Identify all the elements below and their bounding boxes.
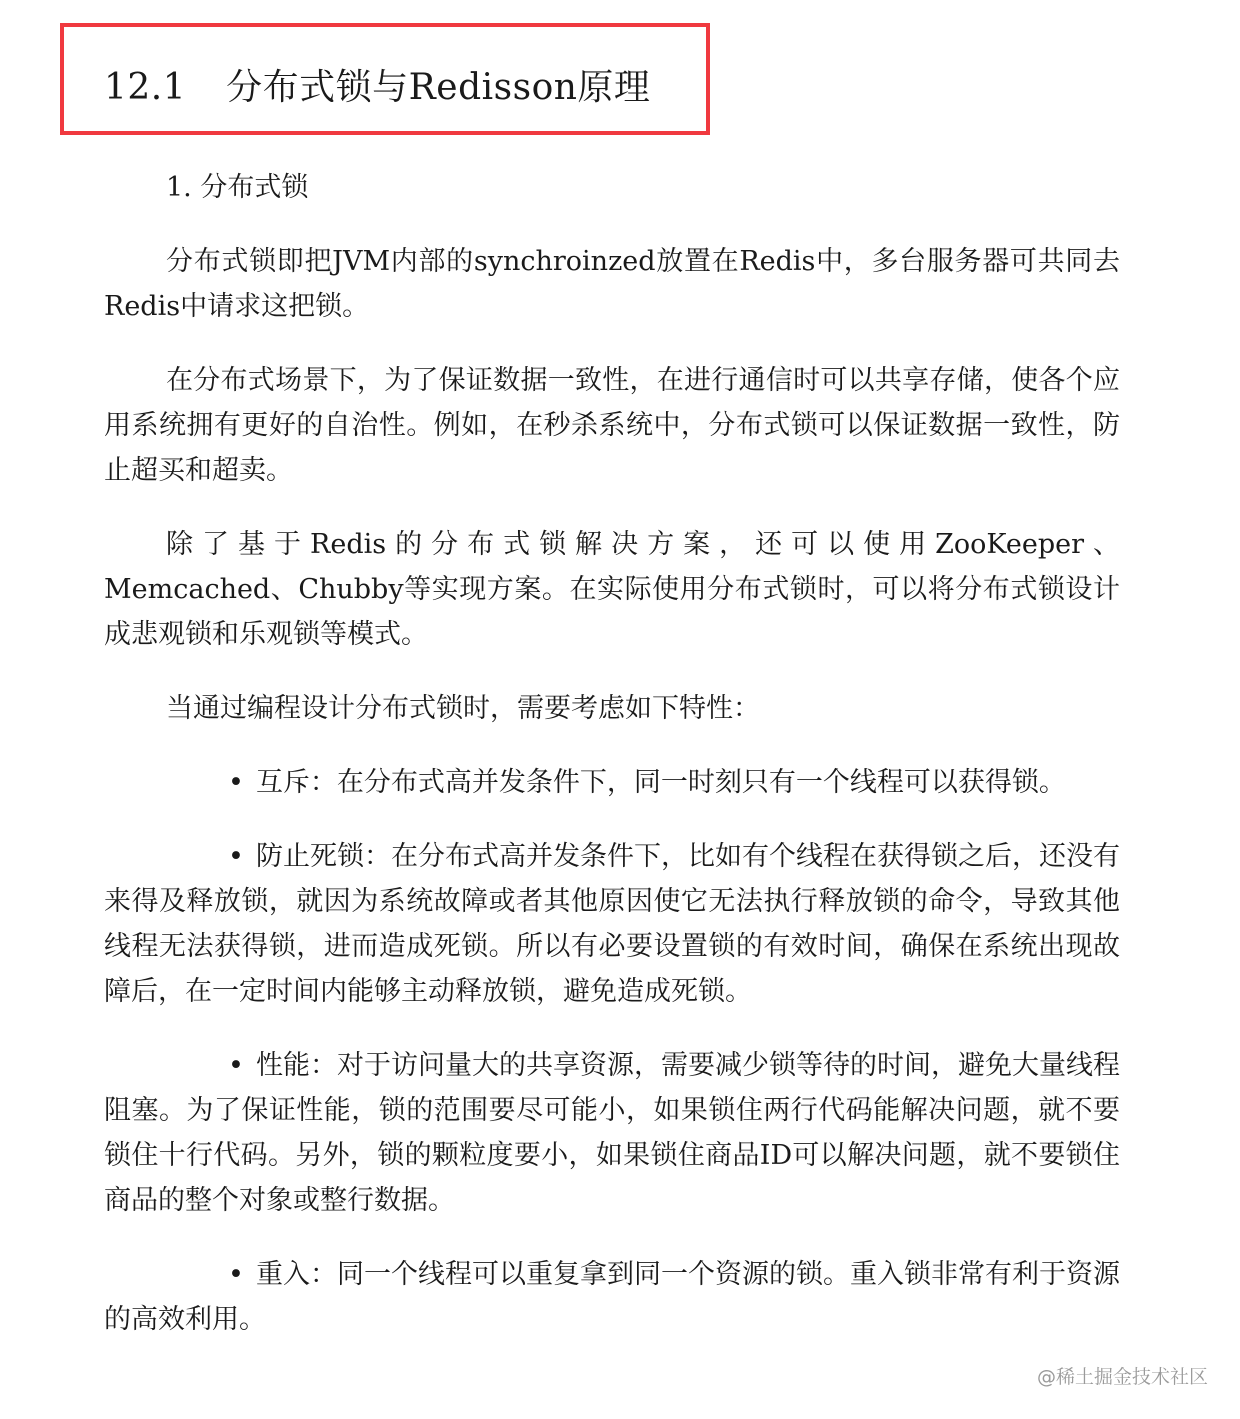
bullet-item-reentrant: •重入：同一个线程可以重复拿到同一个资源的锁。重入锁非常有利于资源的高效利用。: [104, 1252, 1120, 1342]
bullet-icon: •: [166, 760, 244, 805]
bullet-text: 重入：同一个线程可以重复拿到同一个资源的锁。重入锁非常有利于资源的高效利用。: [104, 1259, 1120, 1335]
bullet-icon: •: [166, 1252, 244, 1297]
chapter-number: 12.1: [104, 62, 186, 114]
bullet-text: 互斥：在分布式高并发条件下，同一时刻只有一个线程可以获得锁。: [256, 767, 1066, 798]
chapter-title: 12.1分布式锁与Redisson原理: [104, 62, 650, 114]
paragraph: 分布式锁即把JVM内部的synchroinzed放置在Redis中，多台服务器可…: [104, 239, 1120, 329]
bullet-text: 防止死锁：在分布式高并发条件下，比如有个线程在获得锁之后，还没有来得及释放锁，就…: [104, 841, 1120, 1007]
paragraph: 在分布式场景下，为了保证数据一致性，在进行通信时可以共享存储，使各个应用系统拥有…: [104, 358, 1120, 493]
bullet-text: 性能：对于访问量大的共享资源，需要减少锁等待的时间，避免大量线程阻塞。为了保证性…: [104, 1050, 1120, 1216]
document-body: 1. 分布式锁 分布式锁即把JVM内部的synchroinzed放置在Redis…: [104, 165, 1120, 1371]
bullet-item-performance: •性能：对于访问量大的共享资源，需要减少锁等待的时间，避免大量线程阻塞。为了保证…: [104, 1043, 1120, 1223]
section-heading: 1. 分布式锁: [104, 165, 1120, 210]
bullet-item-deadlock: •防止死锁：在分布式高并发条件下，比如有个线程在获得锁之后，还没有来得及释放锁，…: [104, 834, 1120, 1014]
chapter-title-text: 分布式锁与Redisson原理: [226, 67, 650, 108]
paragraph: 除了基于Redis的分布式锁解决方案，还可以使用ZooKeeper、Memcac…: [104, 522, 1120, 657]
paragraph: 当通过编程设计分布式锁时，需要考虑如下特性：: [104, 686, 1120, 731]
bullet-icon: •: [166, 834, 244, 879]
bullet-item-mutex: •互斥：在分布式高并发条件下，同一时刻只有一个线程可以获得锁。: [104, 760, 1120, 805]
watermark: @稀土掘金技术社区: [1037, 1362, 1208, 1389]
bullet-icon: •: [166, 1043, 244, 1088]
